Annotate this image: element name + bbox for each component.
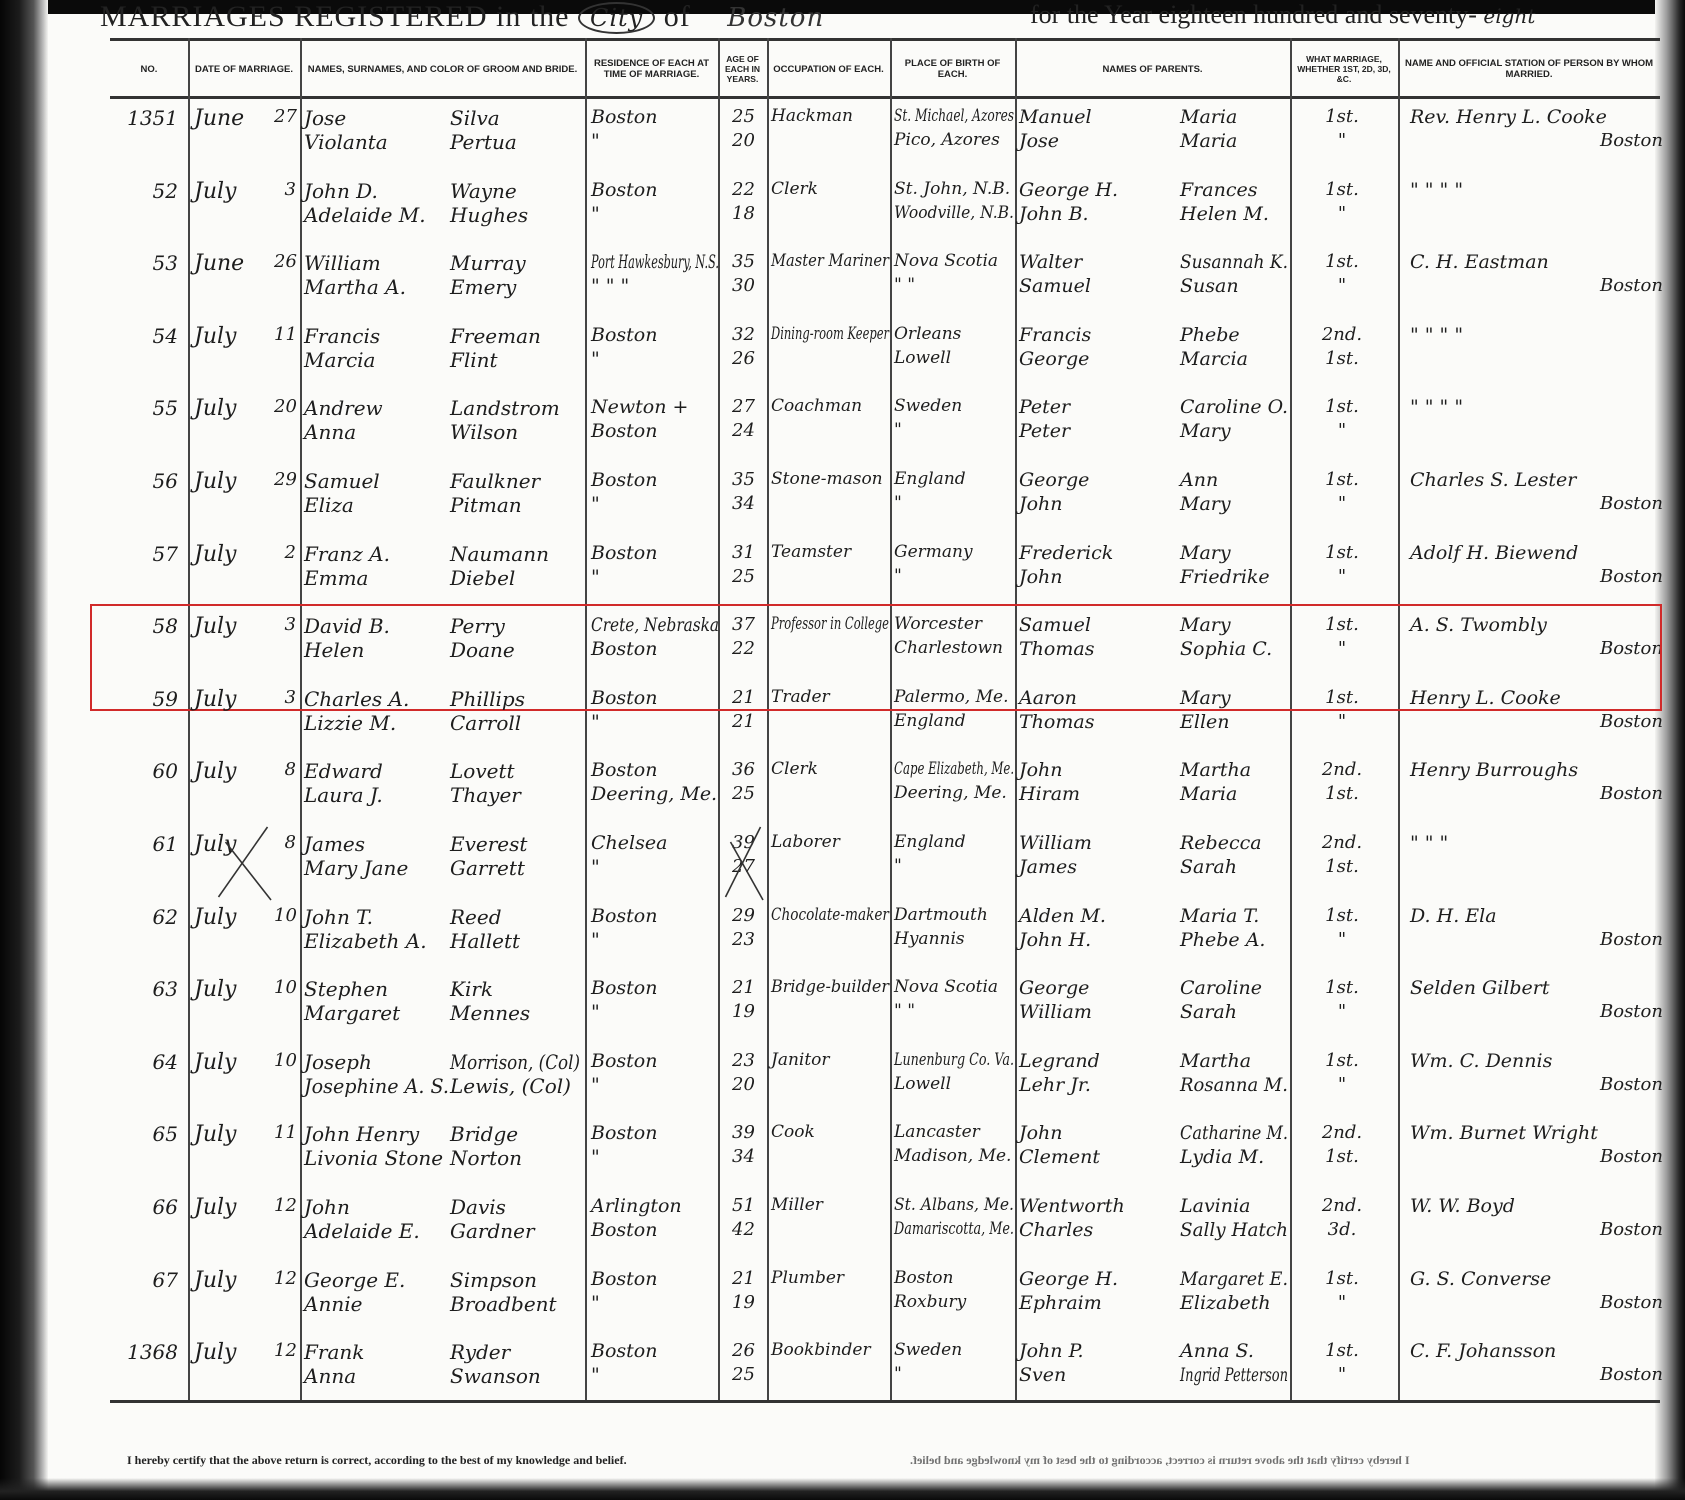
cell-officiant-city: Boston [1600, 493, 1663, 514]
cell-bride-age: 34 [732, 1146, 755, 1167]
title-prefix: MARRIAGES REGISTERED in the [100, 0, 570, 33]
cell-day: 11 [274, 324, 296, 345]
cell-bride-birth: Deering, Me. [894, 783, 1007, 803]
cell-groom-mother: Susannah K. [1180, 251, 1288, 273]
cell-groom-father: George H. [1019, 1268, 1118, 1290]
cell-bride-birth: Lowell [894, 348, 951, 368]
cell-bride-res: " [591, 1001, 600, 1023]
cell-bride-age: 22 [732, 638, 755, 659]
cell-occupation: Trader [771, 687, 830, 707]
cell-groom-res: Boston [591, 542, 657, 564]
cell-groom-age: 29 [732, 905, 755, 926]
cell-bride-mother: Maria [1180, 783, 1237, 805]
cell-day: 2 [274, 542, 296, 563]
cell-bride-surname: Wilson [450, 420, 518, 444]
cell-groom-birth: Lunenburg Co. Va. [894, 1050, 1014, 1070]
cell-bride-marriage: " [1312, 130, 1372, 151]
cell-officiant: " " " " [1410, 179, 1463, 201]
cell-bride-mother: Susan [1180, 275, 1239, 297]
cell-groom-father: Aaron [1019, 687, 1077, 709]
cell-occupation: Master Mariner [771, 251, 889, 271]
cell-groom-age: 21 [732, 977, 755, 998]
register-row: 56July29SamuelFaulknerElizaPitmanBoston"… [110, 463, 1670, 535]
book-binding-left [0, 0, 48, 1500]
cell-groom-father: Samuel [1019, 614, 1091, 636]
cell-groom-surname: Bridge [450, 1122, 518, 1146]
cell-day: 11 [274, 1122, 296, 1143]
cell-bride-surname: Norton [450, 1146, 522, 1170]
cell-groom-mother: Mary [1180, 687, 1231, 709]
cell-occupation: Miller [771, 1195, 823, 1215]
cell-groom-res: Boston [591, 106, 657, 128]
cell-no: 56 [108, 469, 178, 493]
register-year: for the Year eighteen hundred and sevent… [1030, 0, 1535, 30]
cell-bride-age: 34 [732, 493, 755, 514]
register-row: 60July8EdwardLovettLaura J.ThayerBostonD… [110, 753, 1670, 825]
cell-occupation: Clerk [771, 179, 818, 199]
cell-groom-age: 22 [732, 179, 755, 200]
cell-groom-surname: Davis [450, 1195, 506, 1219]
cell-groom-mother: Lavinia [1180, 1195, 1250, 1217]
cell-month: July [194, 469, 236, 494]
cell-groom-marriage: 1st. [1312, 179, 1372, 200]
cell-no: 62 [108, 905, 178, 929]
cell-bride-surname: Diebel [450, 566, 515, 590]
cell-groom-birth: England [894, 469, 966, 489]
cell-groom-given: John [304, 1195, 350, 1219]
cell-groom-given: John D. [304, 179, 378, 203]
cell-bride-given: Laura J. [304, 783, 383, 807]
cell-groom-res: Newton + [591, 396, 688, 418]
cell-groom-birth: Palermo, Me. [894, 687, 1008, 707]
cell-occupation: Coachman [771, 396, 862, 416]
cell-bride-marriage: 3d. [1312, 1219, 1372, 1240]
cell-groom-father: George H. [1019, 179, 1118, 201]
register-row: 54July11FrancisFreemanMarciaFlintBoston"… [110, 318, 1670, 390]
cell-month: July [194, 324, 236, 349]
register-row: 1351June27JoseSilvaViolantaPertuaBoston"… [110, 100, 1670, 172]
cell-officiant: Rev. Henry L. Cooke [1410, 106, 1607, 128]
cell-no: 67 [108, 1268, 178, 1292]
cell-bride-birth: Lowell [894, 1074, 951, 1094]
cell-month: July [194, 1268, 236, 1293]
column-header-marriage: WHAT MARRIAGE, whether 1st, 2d, 3d, &c. [1290, 44, 1398, 94]
scan-bottom-edge [0, 1478, 1685, 1500]
cell-groom-given: Frank [304, 1340, 364, 1364]
cell-groom-res: Arlington [591, 1195, 682, 1217]
column-header-officiant: NAME AND OFFICIAL STATION OF PERSON BY W… [1398, 44, 1660, 94]
cell-month: July [194, 396, 236, 421]
cell-bride-mother: Mary [1180, 493, 1231, 515]
cell-bride-given: Anna [304, 1364, 356, 1388]
cell-bride-given: Margaret [304, 1001, 400, 1025]
cell-bride-res: " [591, 566, 600, 588]
cell-groom-given: Charles A. [304, 687, 409, 711]
cell-groom-surname: Wayne [450, 179, 517, 203]
cell-month: July [194, 1340, 236, 1365]
cell-bride-mother: Marcia [1180, 348, 1248, 370]
cell-bride-given: Elizabeth A. [304, 929, 427, 953]
cell-bride-marriage: " [1312, 1292, 1372, 1313]
ledger-page: MARRIAGES REGISTERED in the City of Bost… [0, 0, 1685, 1500]
cell-officiant: Charles S. Lester [1410, 469, 1576, 491]
cell-bride-marriage: 1st. [1312, 348, 1372, 369]
cell-bride-age: 42 [732, 1219, 755, 1240]
cell-month: July [194, 1195, 236, 1220]
cell-groom-surname: Landstrom [450, 396, 560, 420]
cell-groom-marriage: 1st. [1312, 614, 1372, 635]
cell-groom-birth: St. Michael, Azores [894, 106, 1014, 126]
cell-day: 8 [274, 832, 296, 853]
header-bottom-rule [110, 96, 1660, 99]
cell-groom-marriage: 1st. [1312, 106, 1372, 127]
cell-officiant: " " " [1410, 832, 1448, 854]
cell-groom-father: John [1019, 1122, 1063, 1144]
cell-occupation: Stone-mason [771, 469, 883, 489]
cell-no: 65 [108, 1122, 178, 1146]
cell-bride-given: Emma [304, 566, 368, 590]
cell-groom-father: George [1019, 977, 1089, 999]
register-row: 53June26WilliamMurrayMartha A.EmeryPort … [110, 245, 1670, 317]
cell-day: 10 [274, 1050, 296, 1071]
cell-groom-age: 39 [732, 1122, 755, 1143]
cell-bride-mother: Friedrike [1180, 566, 1270, 588]
cell-groom-mother: Maria T. [1180, 905, 1259, 927]
cell-groom-mother: Frances [1180, 179, 1257, 201]
cell-groom-surname: Freeman [450, 324, 541, 348]
cell-groom-age: 37 [732, 614, 755, 635]
cell-bride-age: 26 [732, 348, 755, 369]
cell-bride-birth: " [894, 566, 902, 586]
register-row: 57July2Franz A.NaumannEmmaDiebelBoston"3… [110, 536, 1670, 608]
cell-groom-surname: Ryder [450, 1340, 510, 1364]
cell-bride-marriage: " [1312, 929, 1372, 950]
cell-no: 60 [108, 759, 178, 783]
cell-no: 53 [108, 251, 178, 275]
cell-groom-mother: Martha [1180, 759, 1251, 781]
cell-groom-marriage: 1st. [1312, 905, 1372, 926]
cell-groom-marriage: 2nd. [1312, 1122, 1372, 1143]
cell-groom-given: Edward [304, 759, 383, 783]
register-row: 65July11John HenryBridgeLivonia StoneNor… [110, 1116, 1670, 1188]
cell-officiant-city: Boston [1600, 783, 1663, 804]
cell-groom-father: Frederick [1019, 542, 1113, 564]
cell-officiant: G. S. Converse [1410, 1268, 1551, 1290]
cell-groom-father: Francis [1019, 324, 1091, 346]
cell-bride-res: " [591, 130, 600, 152]
title-place: Boston [727, 3, 824, 33]
cell-bride-mother: Lydia M. [1180, 1146, 1264, 1168]
cell-bride-given: Adelaide E. [304, 1219, 420, 1243]
cell-bride-father: Hiram [1019, 783, 1080, 805]
cell-day: 3 [274, 614, 296, 635]
cell-bride-marriage: 1st. [1312, 783, 1372, 804]
cell-groom-marriage: 2nd. [1312, 1195, 1372, 1216]
cell-month: July [194, 759, 236, 784]
cell-groom-birth: Sweden [894, 1340, 962, 1360]
cell-bride-father: Charles [1019, 1219, 1093, 1241]
cell-no: 59 [108, 687, 178, 711]
cell-no: 54 [108, 324, 178, 348]
cell-groom-res: Port Hawkesbury, N.S. [591, 251, 719, 273]
cell-groom-mother: Ann [1180, 469, 1218, 491]
cell-bride-birth: Pico, Azores [894, 130, 1000, 150]
register-row: 63July10StephenKirkMargaretMennesBoston"… [110, 971, 1670, 1043]
cell-groom-father: Walter [1019, 251, 1082, 273]
cell-bride-surname: Lewis, (Col) [450, 1074, 571, 1098]
cell-bride-given: Mary Jane [304, 856, 408, 880]
cell-bride-given: Josephine A. S. [304, 1074, 449, 1098]
cell-groom-marriage: 1st. [1312, 1050, 1372, 1071]
cell-bride-father: James [1019, 856, 1077, 878]
cell-no: 57 [108, 542, 178, 566]
cell-month: July [194, 1050, 236, 1075]
register-row: 61July8JamesEverestMary JaneGarrettChels… [110, 826, 1670, 898]
cell-bride-surname: Hallett [450, 929, 520, 953]
cell-groom-father: Wentworth [1019, 1195, 1125, 1217]
cell-groom-age: 25 [732, 106, 755, 127]
cell-groom-age: 27 [732, 396, 755, 417]
marriage-register-table: NO.DATE OF MARRIAGE.NAMES, SURNAMES, AND… [110, 30, 1670, 1430]
cell-occupation: Teamster [771, 542, 851, 562]
cell-bride-age: 25 [732, 566, 755, 587]
cell-no: 61 [108, 832, 178, 856]
cell-groom-marriage: 1st. [1312, 977, 1372, 998]
cell-bride-surname: Flint [450, 348, 498, 372]
cell-bride-res: " [591, 711, 600, 733]
cell-groom-birth: Lancaster [894, 1122, 980, 1142]
cell-officiant: Wm. Burnet Wright [1410, 1122, 1598, 1144]
cell-bride-res: " [591, 856, 600, 878]
cell-bride-res: " " " [591, 275, 629, 297]
cell-no: 1351 [108, 106, 178, 130]
cell-groom-father: John P. [1019, 1340, 1084, 1362]
cell-occupation: Hackman [771, 106, 853, 126]
cell-bride-surname: Swanson [450, 1364, 541, 1388]
cell-groom-birth: Nova Scotia [894, 251, 998, 271]
cell-groom-mother: Anna S. [1180, 1340, 1254, 1362]
cell-groom-given: David B. [304, 614, 390, 638]
cell-bride-father: George [1019, 348, 1089, 370]
cell-groom-surname: Perry [450, 614, 505, 638]
cell-bride-surname: Gardner [450, 1219, 535, 1243]
cell-day: 3 [274, 179, 296, 200]
cell-groom-given: James [304, 832, 365, 856]
cell-bride-marriage: 1st. [1312, 856, 1372, 877]
cell-occupation: Cook [771, 1122, 815, 1142]
cell-bride-marriage: " [1312, 711, 1372, 732]
cell-groom-marriage: 1st. [1312, 251, 1372, 272]
cell-bride-mother: Elizabeth [1180, 1292, 1271, 1314]
cell-groom-surname: Phillips [450, 687, 525, 711]
cell-bride-given: Lizzie M. [304, 711, 396, 735]
cell-bride-surname: Thayer [450, 783, 521, 807]
cell-bride-surname: Emery [450, 275, 516, 299]
cell-groom-res: Boston [591, 905, 657, 927]
cell-officiant: Selden Gilbert [1410, 977, 1549, 999]
cell-officiant: " " " " [1410, 396, 1463, 418]
cell-groom-res: Boston [591, 1268, 657, 1290]
cell-bride-res: " [591, 493, 600, 515]
cell-bride-res: " [591, 348, 600, 370]
cell-officiant: Henry Burroughs [1410, 759, 1578, 781]
register-row: 1368July12FrankRyderAnnaSwansonBoston"26… [110, 1334, 1670, 1406]
cell-bride-father: Ephraim [1019, 1292, 1102, 1314]
cell-month: July [194, 1122, 236, 1147]
cell-bride-birth: " " [894, 275, 915, 295]
cell-groom-res: Boston [591, 687, 657, 709]
cell-groom-age: 23 [732, 1050, 755, 1071]
cell-bride-given: Anna [304, 420, 356, 444]
cell-bride-age: 25 [732, 783, 755, 804]
cell-day: 29 [274, 469, 296, 490]
cell-no: 64 [108, 1050, 178, 1074]
cell-groom-marriage: 1st. [1312, 687, 1372, 708]
cell-bride-age: 27 [732, 856, 755, 877]
cell-bride-res: " [591, 1364, 600, 1386]
cell-groom-marriage: 1st. [1312, 1268, 1372, 1289]
cell-groom-birth: Orleans [894, 324, 961, 344]
cell-bride-marriage: " [1312, 1074, 1372, 1095]
register-row: 59July3Charles A.PhillipsLizzie M.Carrol… [110, 681, 1670, 753]
cell-bride-marriage: 1st. [1312, 1146, 1372, 1167]
cell-groom-given: George E. [304, 1268, 405, 1292]
cell-bride-age: 24 [732, 420, 755, 441]
cell-groom-mother: Mary [1180, 542, 1231, 564]
cell-bride-given: Helen [304, 638, 364, 662]
cell-groom-birth: Nova Scotia [894, 977, 998, 997]
cell-no: 63 [108, 977, 178, 1001]
cell-bride-mother: Sarah [1180, 1001, 1237, 1023]
cell-occupation: Dining-room Keeper [771, 324, 889, 344]
cell-groom-surname: Murray [450, 251, 526, 275]
cell-groom-age: 26 [732, 1340, 755, 1361]
cell-bride-res: Boston [591, 420, 657, 442]
cell-groom-given: Jose [304, 106, 346, 130]
cell-groom-mother: Martha [1180, 1050, 1251, 1072]
cell-day: 12 [274, 1268, 296, 1289]
cell-day: 10 [274, 977, 296, 998]
cell-bride-age: 19 [732, 1001, 755, 1022]
cell-bride-age: 19 [732, 1292, 755, 1313]
cell-officiant-city: Boston [1600, 1146, 1663, 1167]
cell-groom-age: 51 [732, 1195, 755, 1216]
cell-month: July [194, 905, 236, 930]
cell-officiant-city: Boston [1600, 929, 1663, 950]
cell-groom-given: John T. [304, 905, 373, 929]
cell-month: July [194, 832, 236, 857]
cell-groom-given: William [304, 251, 381, 275]
cell-bride-res: Deering, Me. [591, 783, 717, 805]
cell-occupation: Laborer [771, 832, 840, 852]
cell-groom-surname: Naumann [450, 542, 549, 566]
cell-officiant-city: Boston [1600, 638, 1663, 659]
cell-bride-given: Eliza [304, 493, 354, 517]
cell-groom-mother: Margaret E. [1180, 1268, 1288, 1290]
cell-groom-birth: St. Albans, Me. [894, 1195, 1014, 1215]
cell-bride-mother: Sophia C. [1180, 638, 1272, 660]
cell-bride-birth: " " [894, 1001, 915, 1021]
cell-officiant-city: Boston [1600, 130, 1663, 151]
column-header-residence: RESIDENCE OF EACH AT TIME OF MARRIAGE. [585, 44, 718, 94]
cell-bride-father: John [1019, 566, 1063, 588]
cell-bride-birth: " [894, 493, 902, 513]
cell-no: 66 [108, 1195, 178, 1219]
cell-groom-birth: England [894, 832, 966, 852]
cell-groom-birth: Dartmouth [894, 905, 988, 925]
cell-bride-mother: Phebe A. [1180, 929, 1265, 951]
cell-groom-surname: Simpson [450, 1268, 537, 1292]
column-header-date: DATE OF MARRIAGE. [188, 44, 300, 94]
cell-bride-birth: Roxbury [894, 1292, 966, 1312]
cell-bride-birth: " [894, 856, 902, 876]
column-header-occupation: OCCUPATION OF EACH. [767, 44, 890, 94]
cell-day: 20 [274, 396, 296, 417]
cell-bride-surname: Doane [450, 638, 515, 662]
bleedthrough-text: I hereby certify that the above return i… [910, 1453, 1410, 1468]
cell-groom-marriage: 1st. [1312, 396, 1372, 417]
cell-occupation: Janitor [771, 1050, 830, 1070]
cell-day: 8 [274, 759, 296, 780]
cell-officiant-city: Boston [1600, 566, 1663, 587]
cell-bride-age: 18 [732, 203, 755, 224]
cell-groom-res: Boston [591, 1050, 657, 1072]
cell-bride-birth: Madison, Me. [894, 1146, 1011, 1166]
cell-bride-father: John B. [1019, 203, 1089, 225]
cell-groom-given: Joseph [304, 1050, 372, 1074]
cell-officiant: " " " " [1410, 324, 1463, 346]
cell-bride-marriage: " [1312, 493, 1372, 514]
cell-bride-mother: Ellen [1180, 711, 1230, 733]
cell-groom-surname: Silva [450, 106, 500, 130]
cell-officiant-city: Boston [1600, 1364, 1663, 1385]
cell-bride-res: Boston [591, 638, 657, 660]
certification-statement: I hereby certify that the above return i… [127, 1453, 627, 1468]
title-year-suffix: eight [1483, 4, 1535, 28]
cell-officiant-city: Boston [1600, 1292, 1663, 1313]
cell-groom-age: 21 [732, 687, 755, 708]
cell-groom-res: Boston [591, 469, 657, 491]
cell-groom-mother: Maria [1180, 106, 1237, 128]
cell-day: 12 [274, 1195, 296, 1216]
register-row: 66July12JohnDavisAdelaide E.GardnerArlin… [110, 1189, 1670, 1261]
cell-bride-mother: Helen M. [1180, 203, 1269, 225]
cell-bride-marriage: " [1312, 566, 1372, 587]
cell-bride-father: Thomas [1019, 638, 1094, 660]
cell-officiant: C. H. Eastman [1410, 251, 1549, 273]
cell-bride-age: 30 [732, 275, 755, 296]
cell-no: 1368 [108, 1340, 178, 1364]
cell-officiant-city: Boston [1600, 1074, 1663, 1095]
register-title: MARRIAGES REGISTERED in the City of Bost… [100, 0, 852, 34]
cell-groom-mother: Caroline [1180, 977, 1262, 999]
cell-officiant: D. H. Ela [1410, 905, 1497, 927]
register-row: 64July10JosephMorrison, (Col)Josephine A… [110, 1044, 1670, 1116]
cell-bride-age: 20 [732, 130, 755, 151]
cell-bride-surname: Pitman [450, 493, 522, 517]
cell-bride-surname: Broadbent [450, 1292, 557, 1316]
cell-groom-marriage: 2nd. [1312, 759, 1372, 780]
cell-bride-surname: Garrett [450, 856, 525, 880]
cell-officiant: Adolf H. Biewend [1410, 542, 1578, 564]
column-header-parents: NAMES OF PARENTS. [1015, 44, 1290, 94]
cell-month: July [194, 687, 236, 712]
cell-bride-mother: Rosanna M. [1180, 1074, 1288, 1096]
cell-groom-age: 35 [732, 251, 755, 272]
cell-month: July [194, 179, 236, 204]
cell-bride-father: Sven [1019, 1364, 1066, 1386]
cell-groom-age: 21 [732, 1268, 755, 1289]
